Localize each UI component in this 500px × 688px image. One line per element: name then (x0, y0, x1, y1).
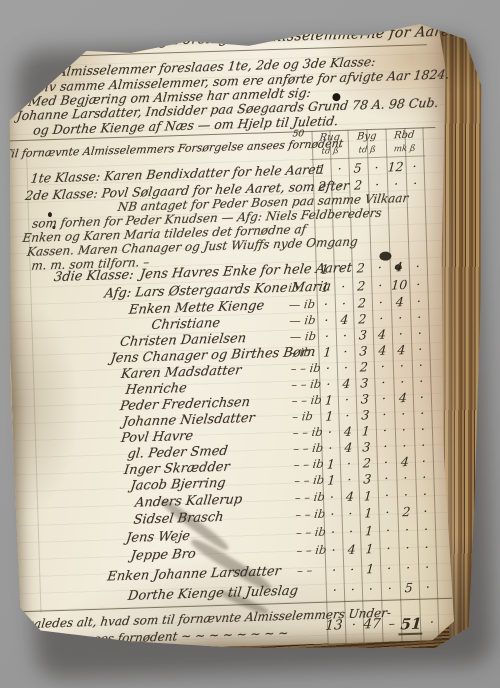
recipient-name: Jens Weje (125, 529, 191, 546)
amount-cell: · (337, 392, 356, 408)
recipient-name: Henriche (125, 381, 188, 398)
intro-marker: 4: (0, 103, 11, 117)
amount-cell: · (372, 310, 391, 326)
column-header-rug: Rug (311, 132, 348, 144)
amount-cell: · (380, 560, 399, 576)
total-separator: · (422, 614, 441, 630)
ditto-mark: – – ib (292, 425, 324, 440)
amount-cell: · (330, 161, 349, 177)
amount-cell: · (371, 295, 390, 311)
needs-line: Til fornævnte Almisselemmers Forsørgelse… (3, 137, 344, 161)
amount-cell: 4 (338, 424, 357, 440)
page-content: Fortegnelse og Forslag til Almisselemmer… (0, 0, 500, 682)
amount-cell: · (324, 542, 343, 558)
ink-speck (48, 212, 52, 217)
amount-cell: · (414, 453, 433, 469)
amount-cell: 1 (360, 523, 379, 539)
amount-cell: · (394, 406, 413, 422)
amount-cell: 1 (358, 488, 377, 504)
ditto-mark: – – ib (290, 361, 322, 376)
amount-cell: · (370, 260, 389, 276)
ditto-mark: – ib (290, 345, 312, 360)
amount-cell: · (394, 422, 413, 438)
amount-cell: · (377, 487, 396, 503)
amount-cell: 2 (352, 295, 371, 311)
ditto-mark: – – ib (296, 543, 328, 558)
amount-cell: 3 (358, 471, 377, 487)
amount-cell: · (412, 389, 431, 405)
recipient-name: Povl Havre (120, 429, 194, 446)
ditto-mark: – – ib (294, 490, 326, 505)
amount-cell: 5 (399, 580, 418, 596)
amount-cell: 2 (352, 278, 371, 294)
ditto-mark: – – ib (293, 441, 325, 456)
amount-cell: 12 (386, 159, 405, 175)
amount-cell: · (376, 454, 395, 470)
ditto-mark: – – ib (294, 473, 326, 488)
amount-cell: · (320, 424, 339, 440)
amount-cell: 2 (351, 260, 370, 276)
ink-speck (292, 20, 296, 24)
amount-cell: 5 (348, 160, 367, 176)
amount-cell: 2 (397, 504, 416, 520)
amount-cell: · (361, 581, 380, 597)
amount-cell: · (317, 312, 336, 328)
amount-cell: · (396, 470, 415, 486)
amount-cell: · (371, 278, 390, 294)
amount-cell: · (415, 486, 434, 502)
amount-cell: · (413, 405, 432, 421)
amount-cell: 1 (322, 472, 341, 488)
amount-cell: · (374, 374, 393, 390)
amount-cell: · (342, 524, 361, 540)
amount-cell: · (410, 309, 429, 325)
total-cell: 13 (322, 617, 345, 634)
amount-cell: · (321, 440, 340, 456)
amount-cell: · (412, 373, 431, 389)
amount-cell: · (334, 296, 353, 312)
amount-cell: · (399, 560, 418, 576)
amount-cell: · (411, 357, 430, 373)
ditto-mark: — ib (289, 329, 317, 344)
amount-cell: · (413, 421, 432, 437)
amount-cell: 4 (392, 342, 411, 358)
amount-cell: · (375, 422, 394, 438)
column-subheader: td ß (312, 146, 349, 157)
ditto-mark: – – ib (291, 393, 323, 408)
amount-cell: · (343, 582, 362, 598)
amount-cell: 2 (354, 359, 373, 375)
amount-cell: 2 (353, 311, 372, 327)
total-cell: 51 (398, 615, 423, 636)
column-subheader: mk ß (386, 143, 424, 154)
needs-superscript: 50 (292, 129, 305, 139)
amount-cell: 1 (315, 261, 334, 277)
amount-cell: · (338, 408, 357, 424)
amount-cell: 1 (319, 392, 338, 408)
amount-cell: 1 (321, 456, 340, 472)
amount-cell: · (322, 489, 341, 505)
ditto-mark: – – (296, 563, 313, 578)
amount-cell: · (418, 579, 437, 595)
amount-cell: · (398, 540, 417, 556)
book: Fortegnelse og Forslag til Almisselemmer… (0, 0, 500, 682)
amount-cell: 4 (335, 312, 354, 328)
amount-cell: · (336, 344, 355, 360)
amount-cell: · (375, 406, 394, 422)
photograph-of-ledger-page: Fortegnelse og Forslag til Almisselemmer… (0, 0, 500, 688)
total-cell: 47 (360, 616, 383, 633)
ditto-mark: — ib (289, 313, 317, 328)
amount-cell: · (391, 310, 410, 326)
recipient-name: Jeppe Bro (130, 547, 197, 564)
amount-cell: · (417, 539, 436, 555)
amount-cell: · (340, 472, 359, 488)
amount-cell: 3 (355, 375, 374, 391)
amount-cell: · (374, 390, 393, 406)
amount-cell: · (378, 522, 397, 538)
amount-cell: · (368, 177, 387, 193)
ink-speck (52, 226, 55, 229)
amount-cell: · (391, 326, 410, 342)
amount-cell: 1 (361, 561, 380, 577)
amount-cell: · (392, 358, 411, 374)
ditto-mark: – – ib (291, 377, 323, 392)
amount-cell: 4 (390, 294, 409, 310)
recipient-name: Jacob Bjerring (130, 476, 227, 494)
amount-cell: · (373, 358, 392, 374)
amount-cell: 4 (372, 326, 391, 342)
amount-cell: · (319, 376, 338, 392)
amount-cell: · (335, 328, 354, 344)
recipient-name: Anders Kallerup (134, 492, 243, 510)
amount-cell: · (331, 178, 350, 194)
amount-cell: · (343, 562, 362, 578)
ditto-mark: – ib (292, 409, 314, 424)
amount-cell: · (378, 504, 397, 520)
amount-cell: · (397, 522, 416, 538)
amount-cell: · (324, 524, 343, 540)
amount-cell: · (339, 456, 358, 472)
amount-cell: · (380, 580, 399, 596)
amount-cell: 1 (320, 408, 339, 424)
amount-cell: 1 (318, 344, 337, 360)
amount-cell: 4 (339, 440, 358, 456)
amount-cell: 1 (312, 161, 331, 177)
amount-cell: · (416, 521, 435, 537)
amount-cell: 1 (316, 279, 335, 295)
amount-cell: · (367, 160, 386, 176)
amount-cell: 10 (390, 277, 409, 293)
amount-cell: 3 (353, 327, 372, 343)
amount-cell: · (396, 487, 415, 503)
amount-cell: 1 (360, 541, 379, 557)
amount-cell: · (387, 176, 406, 192)
amount-cell: · (415, 469, 434, 485)
amount-cell: · (409, 276, 428, 292)
amount-cell: 3 (355, 391, 374, 407)
amount-cell: 2 (357, 455, 376, 471)
amount-cell: · (323, 506, 342, 522)
column-header-rbd: Rbd (385, 129, 423, 141)
amount-cell: · (377, 470, 396, 486)
amount-cell: 4 (340, 489, 359, 505)
amount-cell: · (333, 261, 352, 277)
amount-cell: · (416, 503, 435, 519)
amount-cell: · (334, 279, 353, 295)
amount-cell: 1 (356, 423, 375, 439)
amount-cell: 3 (354, 343, 373, 359)
amount-cell: · (318, 360, 337, 376)
ditto-mark: ib (287, 280, 300, 294)
recipient-name: Dorthe Kienge til Juleslag (127, 584, 299, 604)
ditto-mark: – – ib (295, 507, 327, 522)
amount-cell: · (325, 562, 344, 578)
amount-cell: · (414, 437, 433, 453)
amount-cell: · (411, 341, 430, 357)
amount-cell: · (406, 175, 425, 191)
amount-cell: 4 (373, 342, 392, 358)
ditto-mark: – – ib (293, 457, 325, 472)
amount-cell: 4 (395, 454, 414, 470)
amount-cell: 3 (357, 439, 376, 455)
amount-cell: · (341, 506, 360, 522)
amount-cell: 1 (359, 505, 378, 521)
amount-cell: 4 (393, 390, 412, 406)
amount-cell: · (405, 158, 424, 174)
ditto-mark: – – ib (295, 525, 327, 540)
amount-cell: 4 (337, 376, 356, 392)
amount-cell: · (317, 328, 336, 344)
amount-cell: 3 (356, 407, 375, 423)
ditto-mark: — ib (288, 297, 316, 312)
amount-cell: · (336, 360, 355, 376)
amount-cell: · (379, 540, 398, 556)
amount-cell: 2 (313, 178, 332, 194)
recipient-name: Christiane (151, 316, 221, 333)
amount-cell: · (418, 559, 437, 575)
column-subheader: td ß (348, 145, 387, 156)
amount-cell: · (395, 438, 414, 454)
amount-cell: · (393, 374, 412, 390)
amount-cell: 4 (342, 542, 361, 558)
amount-cell: · (409, 293, 428, 309)
amount-cell: · (376, 438, 395, 454)
amount-cell: · (410, 325, 429, 341)
amount-cell: · (316, 296, 335, 312)
column-header-byg: Byg (347, 131, 386, 143)
amount-cell: · (325, 582, 344, 598)
amount-cell: 2 (349, 177, 368, 193)
amount-cell: · (408, 258, 427, 274)
